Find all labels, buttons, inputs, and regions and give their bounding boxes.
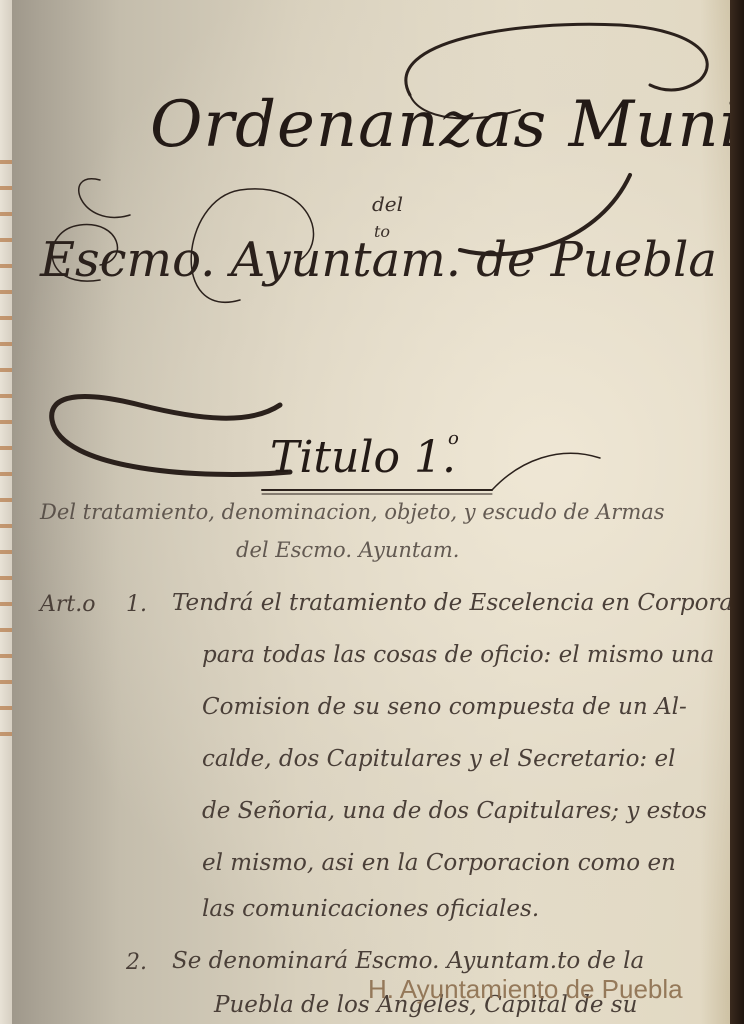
article-line: Comision de su seno compuesta de un Al- (202, 694, 687, 720)
book-binding-edge (730, 0, 744, 1024)
document-title: Ordenanzas Municipales (150, 88, 730, 162)
article-line: calde, dos Capitulares y el Secretario: … (202, 746, 675, 772)
article-line: el mismo, asi en la Corporacion como en (202, 850, 676, 876)
watermark: H. Ayuntamiento de Puebla (368, 974, 683, 1005)
article-number: 2. (126, 950, 147, 975)
chapter-heading: Titulo 1. (270, 432, 456, 483)
chapter-heading-superscript: o (448, 428, 459, 449)
article-number: 1. (126, 592, 147, 617)
chapter-subtitle-line-1: Del tratamiento, denominacion, objeto, y… (40, 500, 665, 524)
title-connector: del (372, 192, 403, 216)
article-line: Se denominará Escmo. Ayuntam.to de la (172, 948, 644, 974)
document-subtitle: Escmo. Ayuntam. de Puebla (40, 232, 717, 288)
article-line: Tendrá el tratamiento de Escelencia en C… (172, 590, 730, 616)
article-line: para todas las cosas de oficio: el mismo… (202, 642, 714, 668)
article-margin-label: Art.o (40, 592, 95, 617)
manuscript-page: Ordenanzas Municipales del to Escmo. Ayu… (0, 0, 730, 1024)
article-line: de Señoria, una de dos Capitulares; y es… (202, 798, 707, 824)
article-line: las comunicaciones oficiales. (202, 896, 539, 922)
chapter-subtitle-line-2: del Escmo. Ayuntam. (236, 538, 459, 562)
